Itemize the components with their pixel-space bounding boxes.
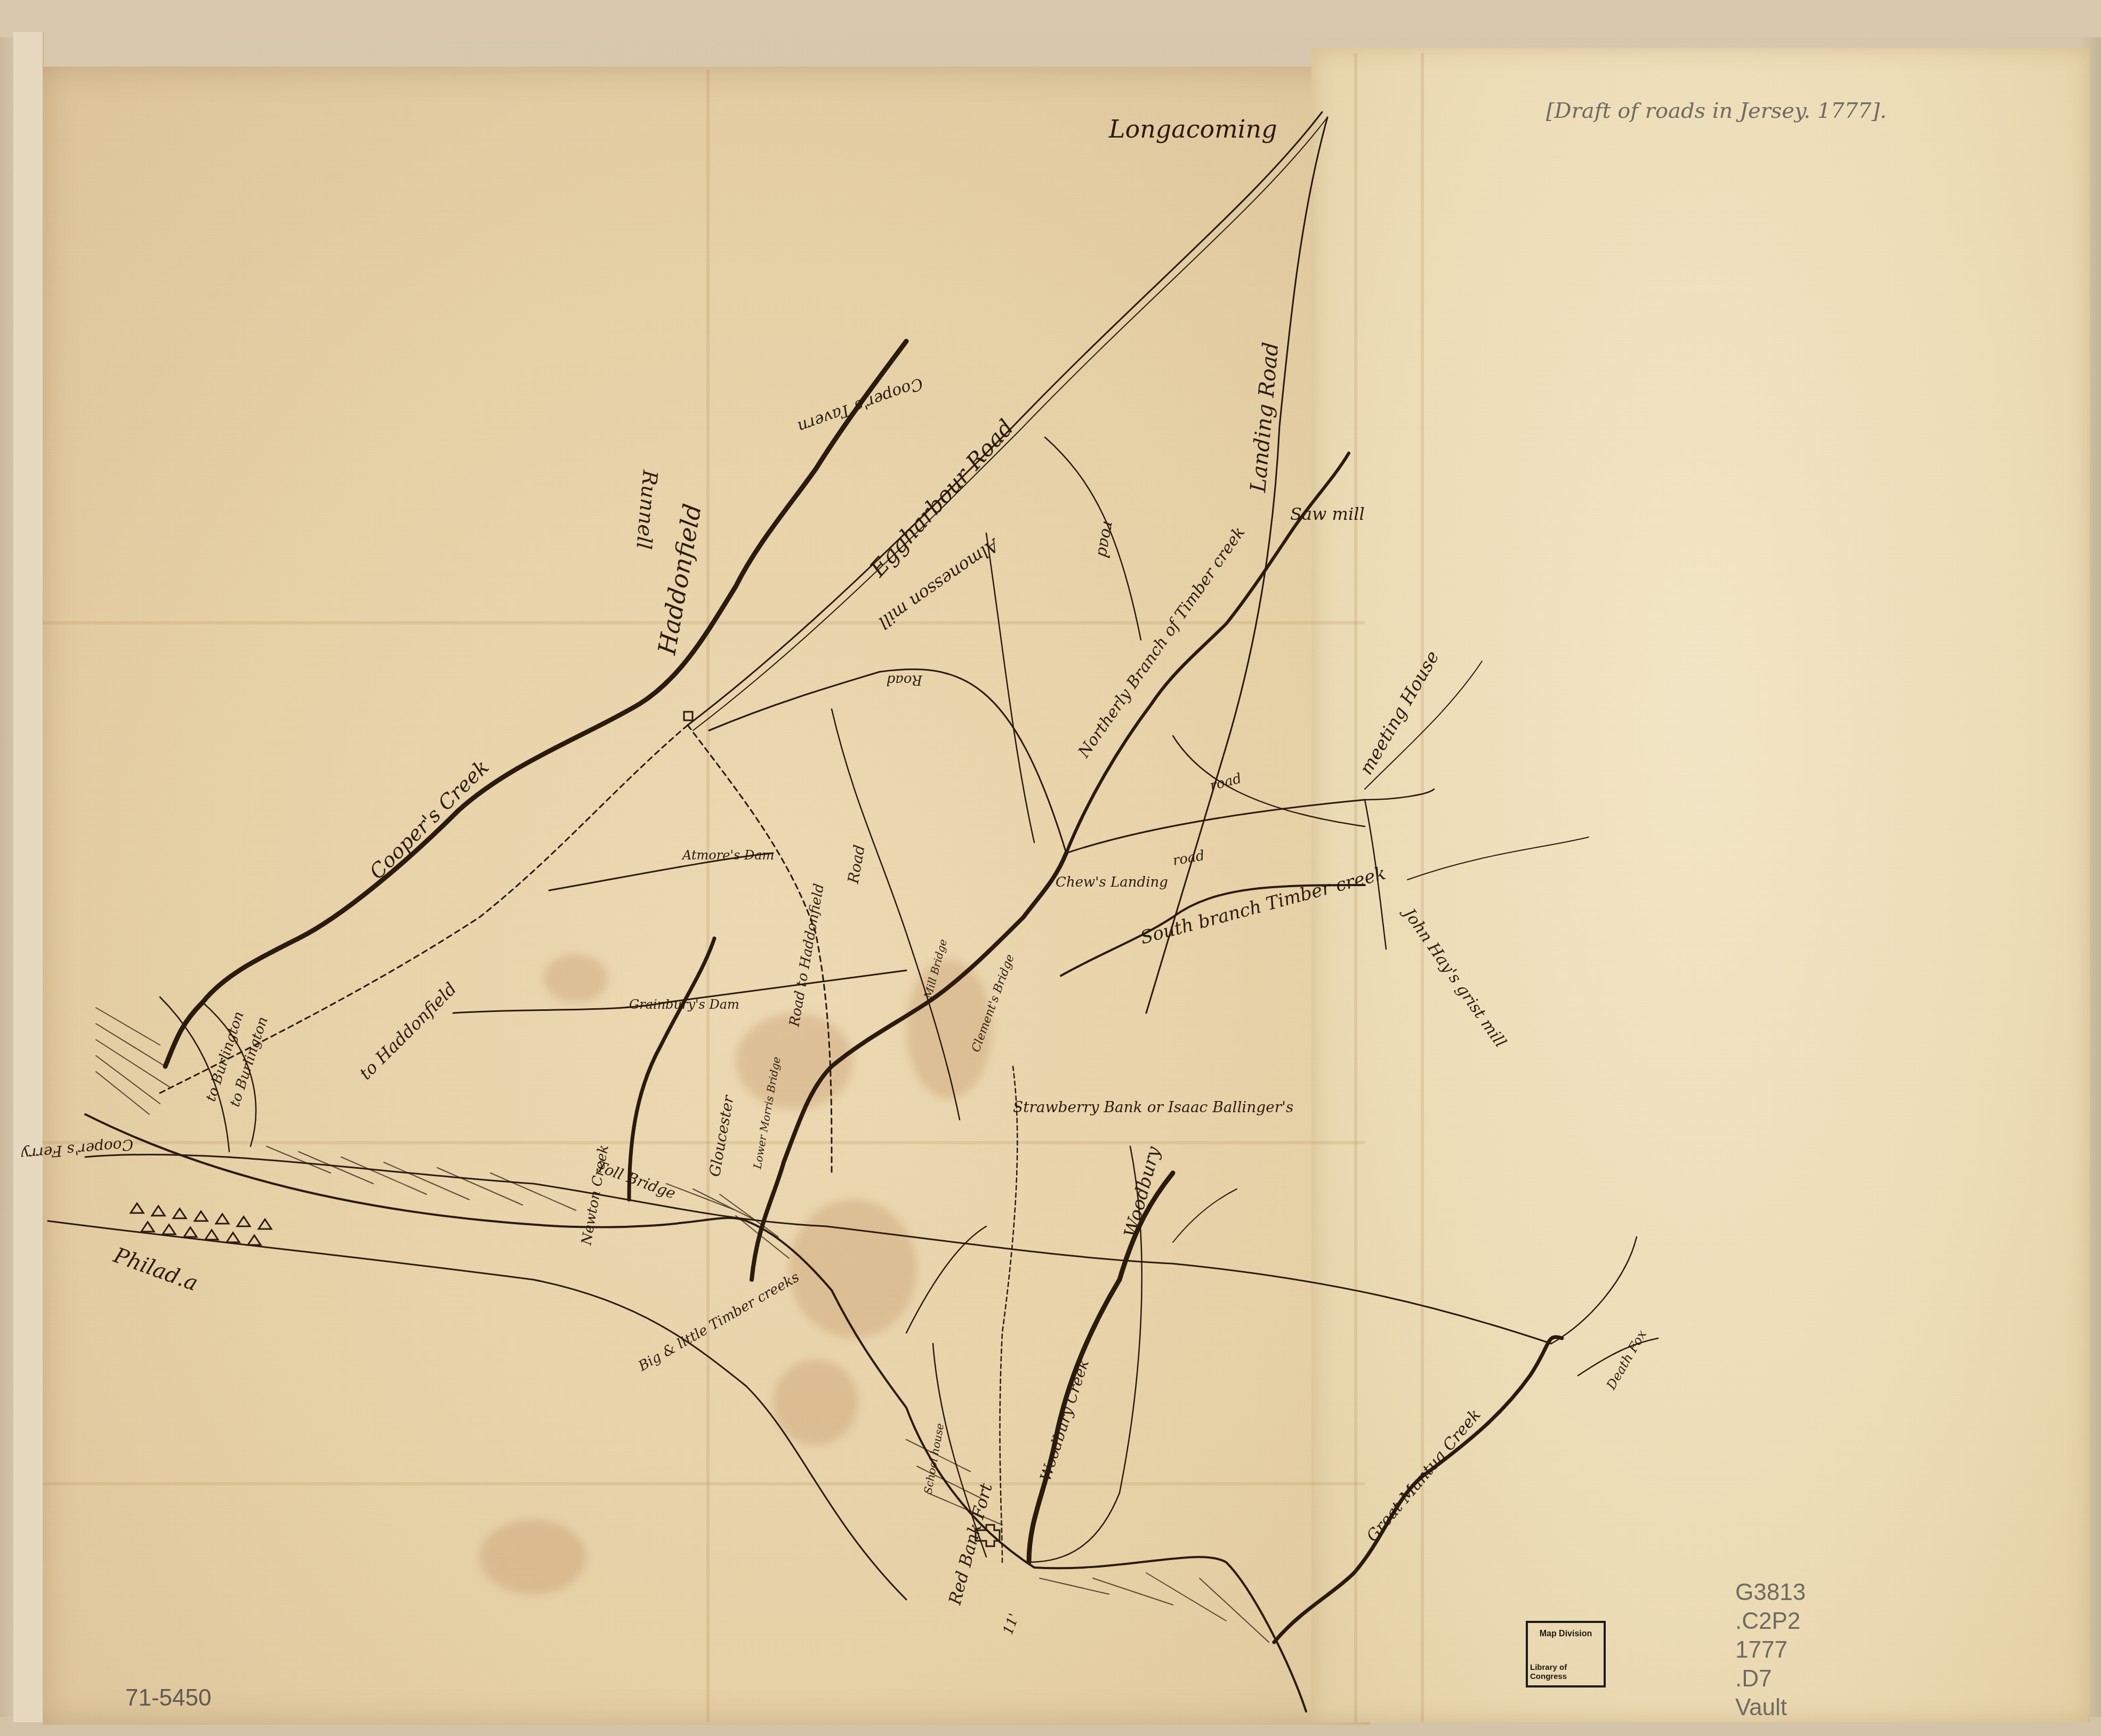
call-number-line: Vault	[1735, 1693, 1806, 1722]
catalog-number: 71-5450	[125, 1685, 211, 1711]
building-icon	[684, 712, 693, 720]
stamp-line-2: Library of Congress	[1530, 1663, 1601, 1681]
call-number-line: .C2P2	[1735, 1607, 1806, 1636]
title-note: [Draft of roads in Jersey. 1777].	[1546, 99, 1887, 123]
label-grainburys-dam: Grainbury's Dam	[629, 997, 739, 1012]
label-chews-landing: Chew's Landing	[1056, 874, 1168, 890]
label-longacoming: Longacoming	[1109, 115, 1277, 143]
call-number: G3813 .C2P2 1777 .D7 Vault	[1735, 1578, 1806, 1722]
call-number-line: 1777	[1735, 1636, 1806, 1665]
call-number-line: .D7	[1735, 1665, 1806, 1693]
label-saw-mill: Saw mill	[1290, 504, 1365, 524]
call-number-line: G3813	[1735, 1578, 1806, 1607]
label-road: Road	[887, 672, 922, 688]
label-atmores-dam: Atmore's Dam	[682, 848, 774, 863]
stamp-line-1: Map Division	[1540, 1629, 1592, 1639]
triangle-icon	[131, 1203, 271, 1245]
label-strawberry-bank: Strawberry Bank or Isaac Ballinger's	[1013, 1098, 1293, 1116]
library-stamp: Map Division Library of Congress	[1526, 1621, 1606, 1687]
